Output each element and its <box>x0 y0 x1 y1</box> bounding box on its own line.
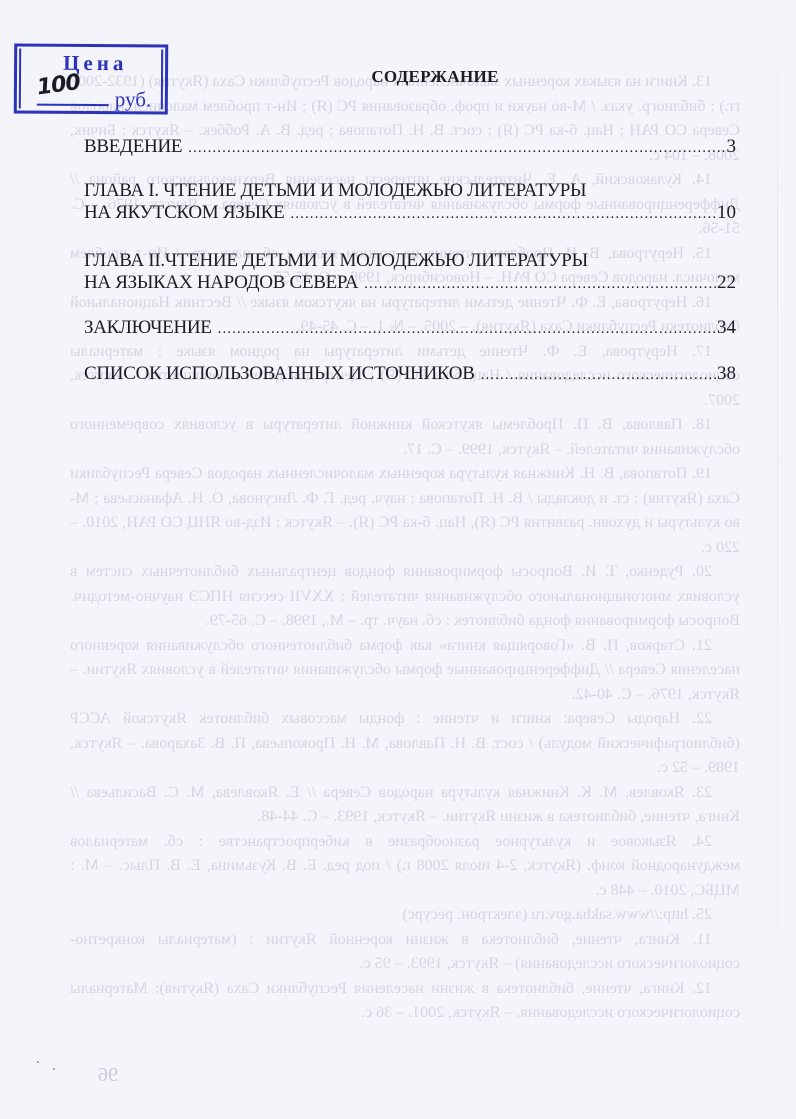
bleed-through-paragraph: 23. Яковлев, М. К. Книжная культура наро… <box>70 781 740 830</box>
toc-entry[interactable]: ЗАКЛЮЧЕНИЕ34 <box>84 317 736 340</box>
toc-entry[interactable]: ГЛАВА I. ЧТЕНИЕ ДЕТЬМИ И МОЛОДЕЖЬЮ ЛИТЕР… <box>84 180 736 225</box>
toc-entry-line: ГЛАВА II.ЧТЕНИЕ ДЕТЬМИ И МОЛОДЕЖЬЮ ЛИТЕР… <box>84 250 736 272</box>
bleed-through-paragraph: 11. Книга, чтение, библиотека в жизни ко… <box>70 928 740 977</box>
toc-dot-leader <box>481 364 716 386</box>
bleed-through-paragraph: 24. Языковое и культурное разнообразие в… <box>70 830 740 904</box>
toc-entry-line: НА ЯКУТСКОМ ЯЗЫКЕ10 <box>84 202 736 225</box>
toc-dot-leader <box>364 273 716 295</box>
bleed-through-paragraph: 12. Книга, чтение, библиотека в жизни на… <box>70 977 740 1026</box>
toc-entry-title: ГЛАВА II.ЧТЕНИЕ ДЕТЬМИ И МОЛОДЕЖЬЮ ЛИТЕР… <box>84 250 588 272</box>
toc-page-number: 22 <box>717 272 736 294</box>
toc-dot-leader <box>290 203 716 225</box>
toc-entry-title: НА ЯЗЫКАХ НАРОДОВ СЕВЕРА <box>84 272 358 294</box>
scan-speck <box>37 1061 39 1063</box>
table-of-contents: ВВЕДЕНИЕ3ГЛАВА I. ЧТЕНИЕ ДЕТЬМИ И МОЛОДЕ… <box>84 136 736 386</box>
toc-title: СОДЕРЖАНИЕ <box>0 67 796 87</box>
toc-entry-line: НА ЯЗЫКАХ НАРОДОВ СЕВЕРА22 <box>84 272 736 295</box>
toc-entry-line: ЗАКЛЮЧЕНИЕ34 <box>84 317 736 340</box>
bleed-through-paragraph: 22. Народы Севера: книги и чтение : фонд… <box>70 707 740 781</box>
page-edge <box>777 0 778 1119</box>
toc-entry-title: ГЛАВА I. ЧТЕНИЕ ДЕТЬМИ И МОЛОДЕЖЬЮ ЛИТЕР… <box>84 180 586 202</box>
toc-entry[interactable]: ГЛАВА II.ЧТЕНИЕ ДЕТЬМИ И МОЛОДЕЖЬЮ ЛИТЕР… <box>84 250 736 295</box>
toc-entry-title: ЗАКЛЮЧЕНИЕ <box>84 317 212 339</box>
toc-entry-title: СПИСОК ИСПОЛЬЗОВАННЫХ ИСТОЧНИКОВ <box>84 363 475 385</box>
toc-page-number: 10 <box>717 202 736 224</box>
toc-page-number: 34 <box>717 317 736 339</box>
scan-speck <box>53 1068 55 1070</box>
bleed-through-paragraph: 25. http://www.sakha.gov.ru (электрон. р… <box>70 903 740 928</box>
bleed-through-paragraph: 20. Руденко, Т. И. Вопросы формирования … <box>70 560 740 634</box>
toc-entry-line: СПИСОК ИСПОЛЬЗОВАННЫХ ИСТОЧНИКОВ38 <box>84 363 736 386</box>
toc-entry[interactable]: ВВЕДЕНИЕ3 <box>84 136 736 159</box>
toc-dot-leader <box>188 137 725 159</box>
toc-entry-line: ВВЕДЕНИЕ3 <box>84 136 736 159</box>
bleed-through-paragraph: 18. Павлова, В. П. Проблемы якутской кни… <box>70 413 740 462</box>
toc-entry-title: НА ЯКУТСКОМ ЯЗЫКЕ <box>84 202 284 224</box>
toc-entry-title: ВВЕДЕНИЕ <box>84 136 182 158</box>
toc-dot-leader <box>218 318 716 340</box>
bleed-through-paragraph: 21. Старков, П. В. «Говорящая книга» как… <box>70 634 740 708</box>
stamp-currency: руб. <box>115 87 152 112</box>
toc-entry-line: ГЛАВА I. ЧТЕНИЕ ДЕТЬМИ И МОЛОДЕЖЬЮ ЛИТЕР… <box>84 180 736 202</box>
bleed-through-page-number: 96 <box>98 1064 118 1087</box>
toc-page-number: 38 <box>717 363 736 385</box>
bleed-through-paragraph: 19. Потапова, В. Н. Книжная культура кор… <box>70 462 740 560</box>
toc-page-number: 3 <box>727 136 737 158</box>
toc-entry[interactable]: СПИСОК ИСПОЛЬЗОВАННЫХ ИСТОЧНИКОВ38 <box>84 363 736 386</box>
